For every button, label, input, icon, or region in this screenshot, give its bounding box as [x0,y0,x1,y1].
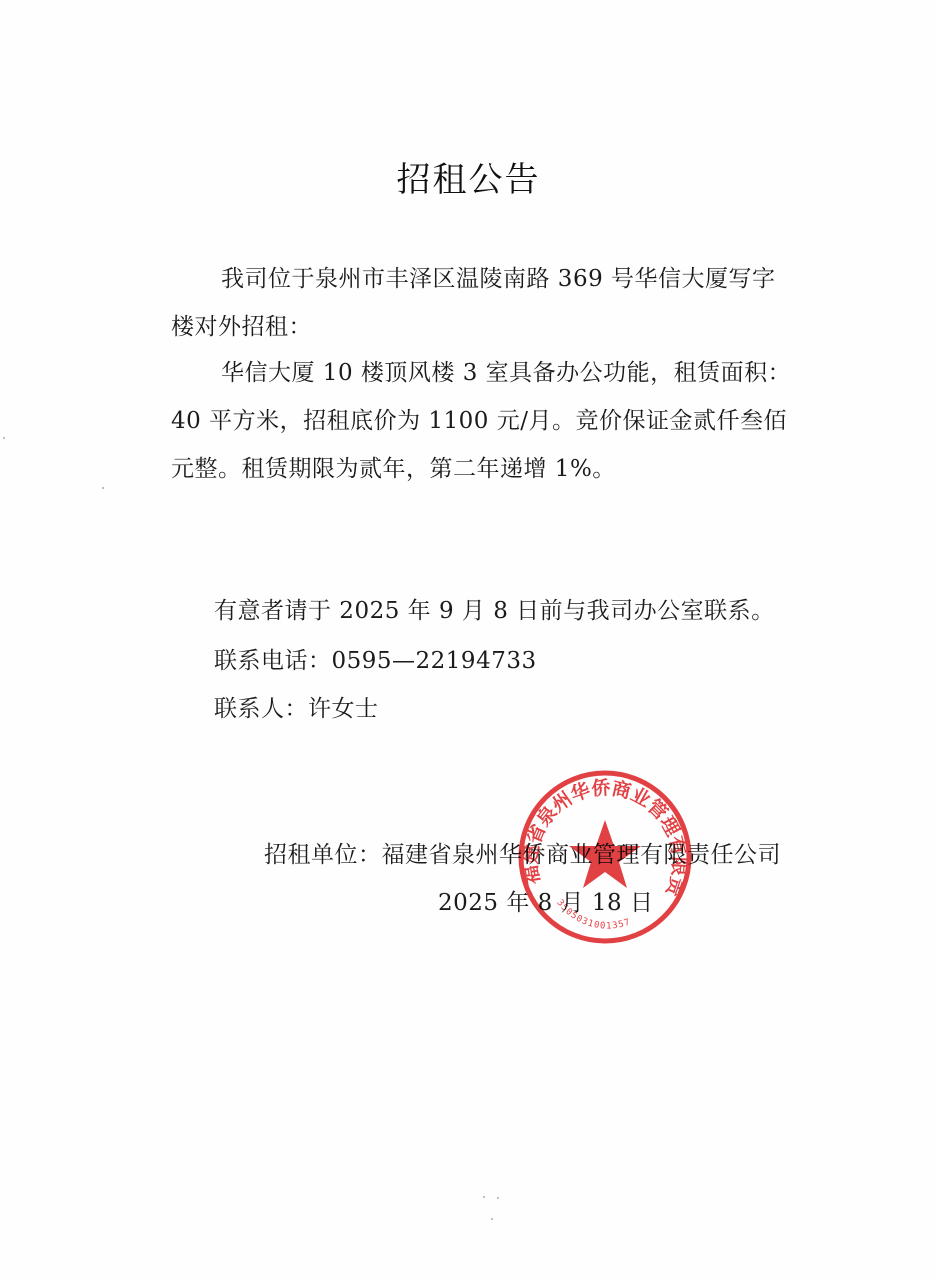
seal-outer-text: 福建省泉州华侨商业管理有限责任公司 [512,768,691,900]
issuer-name: 招租单位：福建省泉州华侨商业管理有限责任公司 [264,836,781,869]
svg-text:福建省泉州华侨商业管理有限责任公司: 福建省泉州华侨商业管理有限责任公司 [512,768,691,900]
details-line-3: 元整。租赁期限为贰年，第二年递增 1%。 [171,450,616,483]
scan-speck [3,437,5,439]
contact-person: 联系人：许女士 [214,690,379,723]
scan-speck [483,1196,485,1198]
details-line-1: 华信大厦 10 楼顶风楼 3 室具备办公功能，租赁面积： [221,354,791,387]
scan-speck [102,487,104,489]
issue-date: 2025 年 8 月 18 日 [438,884,654,917]
scan-speck [491,1218,493,1220]
contact-phone: 联系电话：0595—22194733 [214,642,537,675]
document-page: 招租公告 我司位于泉州市丰泽区温陵南路 369 号华信大厦写字 楼对外招租： 华… [0,0,937,1280]
scan-speck [497,1197,499,1199]
details-line-2: 40 平方米，招租底价为 1100 元/月。竞价保证金贰仟叁佰 [171,402,787,435]
intro-line-1: 我司位于泉州市丰泽区温陵南路 369 号华信大厦写字 [221,260,776,293]
intro-line-2: 楼对外招租： [171,308,312,341]
contact-deadline: 有意者请于 2025 年 9 月 8 日前与我司办公室联系。 [214,592,775,625]
page-title: 招租公告 [0,152,937,201]
